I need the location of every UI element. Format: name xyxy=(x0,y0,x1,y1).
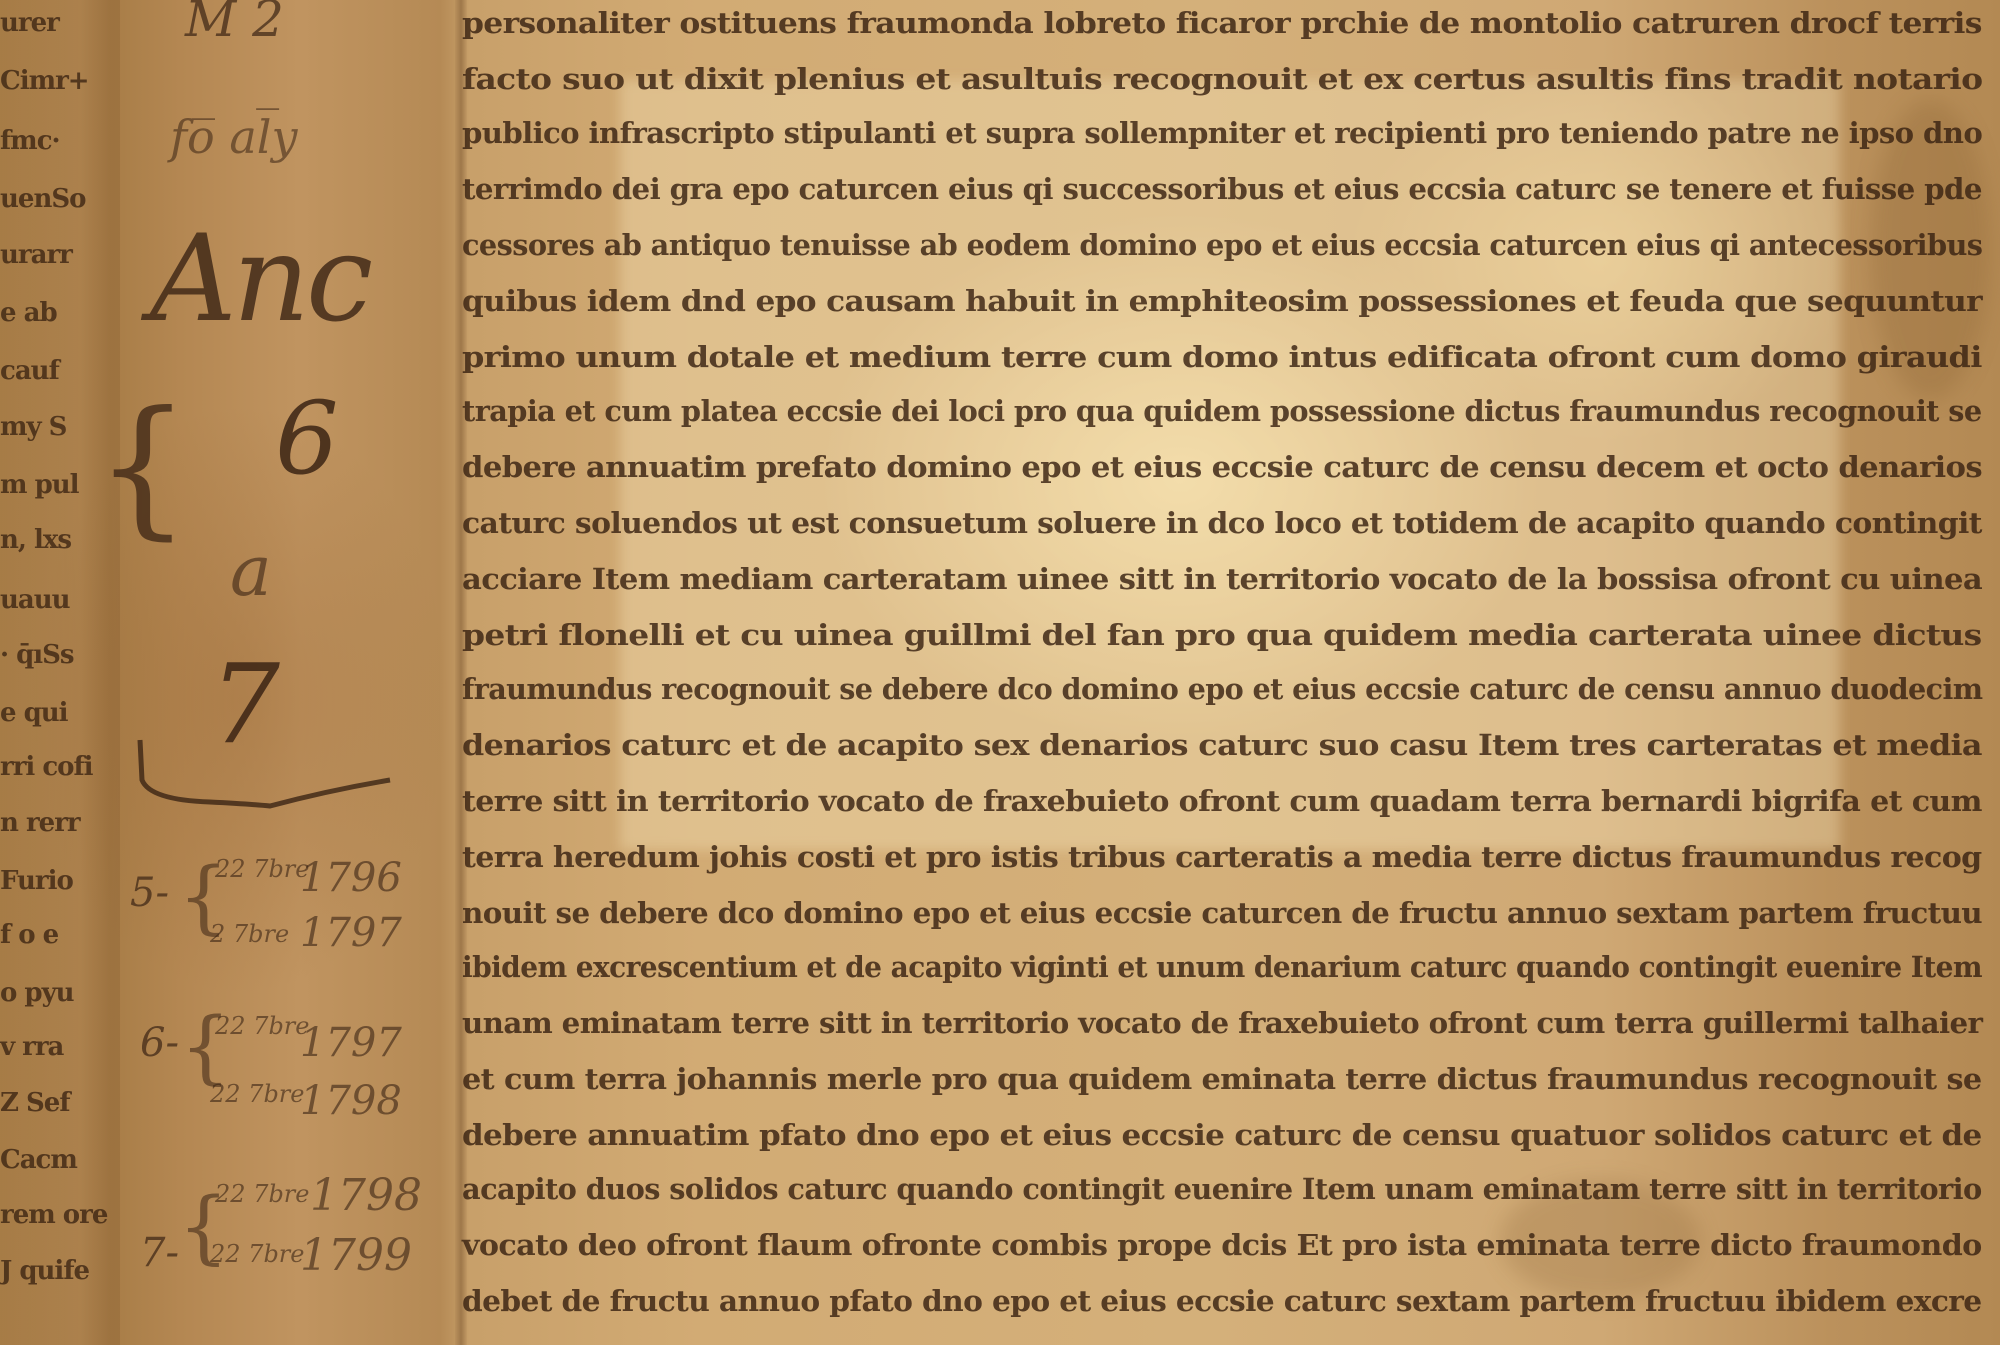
fragment-line: Cimr+ xyxy=(0,66,89,96)
text-line: debere annuatim prefato domino epo et ei… xyxy=(462,450,1982,484)
text-line: publico infrascripto stipulanti et supra… xyxy=(462,116,1982,150)
bracket-underline-icon xyxy=(130,720,400,820)
margin-large-annotation: Anc xyxy=(150,210,369,349)
fragment-line: o pyu xyxy=(0,978,74,1008)
date-day: 22 7bre xyxy=(210,1080,304,1108)
text-line: petri flonelli et cu uinea guillmi del f… xyxy=(462,618,1982,652)
text-line: facto suo ut dixit plenius et asultuis r… xyxy=(462,62,1982,96)
fragment-line: Furio xyxy=(0,866,73,896)
text-line: fraumundus recognouit se debere dco domi… xyxy=(462,672,1982,706)
fragment-line: Cacm xyxy=(0,1145,77,1175)
date-year: 1797 xyxy=(300,1020,402,1066)
fragment-line: uenSo xyxy=(0,184,85,214)
fragment-line: rem ore xyxy=(0,1200,107,1230)
fragment-line: rri cofi xyxy=(0,752,93,782)
fragment-line: J quife xyxy=(0,1256,89,1286)
date-index: 6- xyxy=(140,1020,179,1066)
text-line: terrimdo dei gra epo caturcen eius qi su… xyxy=(462,172,1982,206)
text-line: cessores ab antiquo tenuisse ab eodem do… xyxy=(462,228,1982,262)
text-line: ibidem excrescentium et de acapito vigin… xyxy=(462,950,1982,984)
date-index: 7- xyxy=(140,1230,179,1276)
fragment-line: urer xyxy=(0,8,59,38)
text-line: primo unum dotale et medium terre cum do… xyxy=(462,340,1982,374)
text-line: quibus idem dnd epo causam habuit in emp… xyxy=(462,284,1982,318)
date-day: 22 7bre xyxy=(210,1240,304,1268)
text-line: acapito duos solidos caturc quando conti… xyxy=(462,1172,1982,1206)
date-year: 1798 xyxy=(300,1078,402,1124)
fragment-line: fmc· xyxy=(0,126,60,156)
fragment-line: e qui xyxy=(0,698,68,728)
text-line: caturc soluendos ut est consuetum soluer… xyxy=(462,506,1982,540)
date-year: 1796 xyxy=(300,855,402,901)
text-line: acciare Item mediam carteratam uinee sit… xyxy=(462,562,1982,596)
date-year: 1798 xyxy=(310,1170,422,1221)
fragment-line: f o e xyxy=(0,920,58,950)
text-line: debet de fructu annuo pfato dno epo et e… xyxy=(462,1284,1982,1318)
fragment-line: uauu xyxy=(0,585,70,615)
text-line: trapia et cum platea eccsie dei loci pro… xyxy=(462,394,1982,428)
fragment-line: v rra xyxy=(0,1032,63,1062)
fragment-line: cauf xyxy=(0,356,59,386)
fragment-line: e ab xyxy=(0,298,57,328)
text-line: unam eminatam terre sitt in territorio v… xyxy=(462,1006,1982,1040)
fragment-line: Z Sef xyxy=(0,1088,70,1118)
date-day: 22 7bre xyxy=(215,1180,309,1208)
fragment-line: · q̄ıSs xyxy=(0,640,74,670)
margin-letter: a xyxy=(230,530,272,612)
fragment-line: urarr xyxy=(0,240,72,270)
fragment-line: m pul xyxy=(0,470,79,500)
date-day: 2 7bre xyxy=(210,920,289,948)
text-line: vocato deo ofront flaum ofronte combis p… xyxy=(462,1228,1982,1262)
text-line: debere annuatim pfato dno epo et eius ec… xyxy=(462,1118,1982,1152)
brace-icon: { xyxy=(95,380,190,554)
margin-top-fragment: M 2 xyxy=(185,0,284,48)
date-index: 5- xyxy=(130,870,169,916)
date-day: 22 7bre xyxy=(215,855,309,883)
fragment-line: n, lxs xyxy=(0,525,71,555)
date-day: 22 7bre xyxy=(215,1012,309,1040)
margin-heading-word: fo̅ al̅y xyxy=(170,110,297,164)
date-year: 1799 xyxy=(300,1230,412,1281)
text-line: terre sitt in territorio vocato de fraxe… xyxy=(462,784,1982,818)
text-line: denarios caturc et de acapito sex denari… xyxy=(462,728,1982,762)
text-line: et cum terra johannis merle pro qua quid… xyxy=(462,1062,1982,1096)
margin-number-6: 6 xyxy=(275,380,339,497)
text-line: nouit se debere dco domino epo et eius e… xyxy=(462,896,1982,930)
text-line: terra heredum johis costi et pro istis t… xyxy=(462,840,1982,874)
fragment-line: n rerr xyxy=(0,808,80,838)
date-year: 1797 xyxy=(300,910,402,956)
text-line: personaliter ostituens fraumonda lobreto… xyxy=(462,6,1982,40)
fragment-line: my S xyxy=(0,412,66,442)
